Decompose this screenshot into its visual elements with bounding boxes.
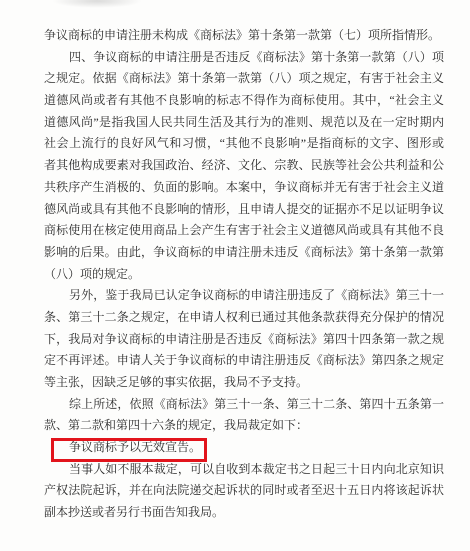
text-line: 产权法院起诉，并在向法院递交起诉状的同时或者至迟十五日内将该起诉状 xyxy=(44,480,444,502)
text-line: 道德风尚或者有其他不良影响的标志不得作为商标使用。其中，“社会主义 xyxy=(44,90,444,112)
text-line: 综上所述，依照《商标法》第三十一条、第三十二条、第四十五条第一 xyxy=(44,394,444,416)
document-body: 争议商标的申请注册未构成《商标法》第十条第一款第（七）项所指情形。四、争议商标的… xyxy=(44,25,444,524)
text-line: 共秩序产生消极的、负面的影响。本案中，争议商标并无有害于社会主义道 xyxy=(44,177,444,199)
text-line: 等主张，因缺乏足够的事实依据，我局不予支持。 xyxy=(44,372,444,394)
text-line: 之规定。依据《商标法》第十条第一款第（八）项之规定，有害于社会主义 xyxy=(44,68,444,90)
text-line: 四、争议商标的申请注册是否违反《商标法》第十条第一款第（八）项 xyxy=(44,47,444,69)
text-line: 副本抄送或者另行书面告知我局。 xyxy=(44,502,444,524)
text-line: 另外，鉴于我局已认定争议商标的申请注册违反了《商标法》第三十一 xyxy=(44,285,444,307)
text-line: 道德风尚”是指我国人民共同生活及其行为的准则、规范以及在一定时期内 xyxy=(44,112,444,134)
text-line: 当事人如不服本裁定，可以自收到本裁定书之日起三十日内向北京知识 xyxy=(44,459,444,481)
text-line: 影响的后果。由此，争议商标的申请注册未违反《商标法》第十条第一款第 xyxy=(44,242,444,264)
text-line: 下，我局对争议商标的申请注册是否违反《商标法》第四十四条第一款之规 xyxy=(44,329,444,351)
document-page: 争议商标的申请注册未构成《商标法》第十条第一款第（七）项所指情形。四、争议商标的… xyxy=(0,0,470,551)
text-line: 社会上流行的良好风气和习惯，“其他不良影响”是指商标的文字、图形或 xyxy=(44,133,444,155)
ruling-text-line: 争议商标予以无效宣告。 xyxy=(44,437,444,459)
text-line: 条、第三十二条之规定，在申请人权利已通过其他条款获得充分保护的情况 xyxy=(44,307,444,329)
text-line: （八）项的规定。 xyxy=(44,264,444,286)
text-line: 者其他构成要素对我国政治、经济、文化、宗教、民族等社会公共利益和公 xyxy=(44,155,444,177)
text-line: 德风尚或具有其他不良影响的情形，且申请人提交的证据亦不足以证明争议 xyxy=(44,199,444,221)
text-line: 争议商标的申请注册未构成《商标法》第十条第一款第（七）项所指情形。 xyxy=(44,25,444,47)
text-line: 商标使用在核定使用商品上会产生有害于社会主义道德风尚或具有其他不良 xyxy=(44,220,444,242)
text-line: 定不再评述。申请人关于争议商标的申请注册违反《商标法》第四条之规定 xyxy=(44,350,444,372)
text-line: 款、第二款和第四十六条的规定，我局裁定如下： xyxy=(44,415,444,437)
scan-artifact xyxy=(52,0,142,8)
